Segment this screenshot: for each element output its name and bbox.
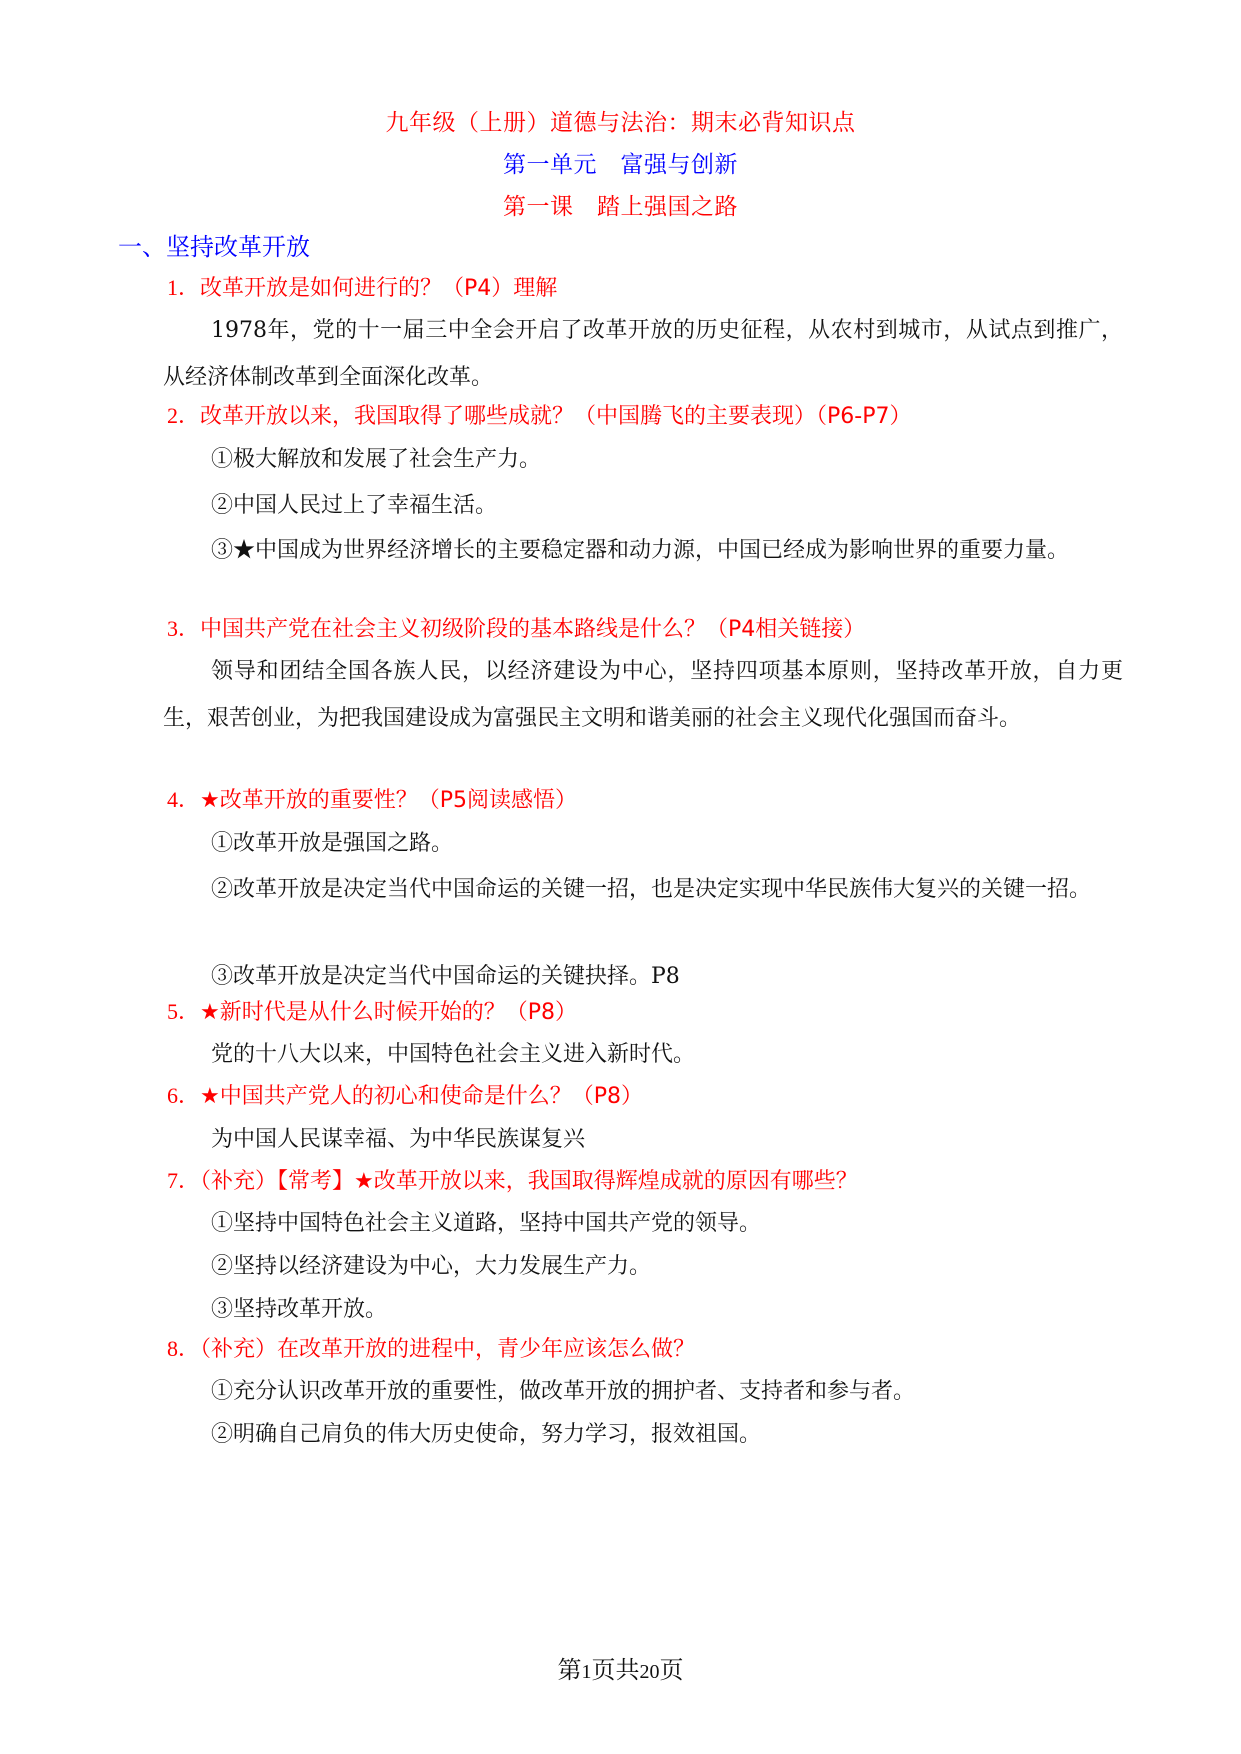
answer-paragraph: ①坚持中国特色社会主义道路，坚持中国共产党的领导。 bbox=[163, 1200, 1123, 1247]
answer-paragraph: ②明确自己肩负的伟大历史使命，努力学习，报效祖国。 bbox=[163, 1411, 1123, 1458]
question-number: 7． bbox=[167, 1168, 200, 1193]
answer-paragraph: ①极大解放和发展了社会生产力。 bbox=[163, 436, 1123, 483]
question-number: 4． bbox=[167, 787, 200, 812]
current-page: 1 bbox=[582, 1661, 592, 1683]
answer-paragraph: ②中国人民过上了幸福生活。 bbox=[163, 482, 1123, 529]
question-5: 5．★新时代是从什么时候开始的？（P8） bbox=[167, 997, 577, 1028]
question-6: 6．★中国共产党人的初心和使命是什么？（P8） bbox=[167, 1081, 643, 1112]
question-number: 8． bbox=[167, 1336, 200, 1361]
answer-paragraph: 领导和团结全国各族人民，以经济建设为中心，坚持四项基本原则，坚持改革开放，自力更… bbox=[163, 648, 1123, 742]
section-heading: 一、坚持改革开放 bbox=[118, 232, 310, 262]
answer-paragraph: ①改革开放是强国之路。 bbox=[163, 820, 1123, 867]
document-page: 九年级（上册）道德与法治：期末必背知识点 第一单元 富强与创新 第一课 踏上强国… bbox=[0, 0, 1241, 1754]
question-4: 4．★改革开放的重要性？（P5阅读感悟） bbox=[167, 785, 577, 816]
answer-paragraph: ③★中国成为世界经济增长的主要稳定器和动力源，中国已经成为影响世界的重要力量。 bbox=[163, 527, 1123, 574]
question-7: 7．（补充）【常考】★改革开放以来，我国取得辉煌成就的原因有哪些？ bbox=[167, 1166, 858, 1197]
total-pages: 20 bbox=[640, 1661, 660, 1683]
answer-paragraph: ③改革开放是决定当代中国命运的关键抉择。P8 bbox=[163, 953, 1123, 1000]
answer-paragraph: 1978年，党的十一届三中全会开启了改革开放的历史征程，从农村到城市，从试点到推… bbox=[163, 307, 1123, 401]
answer-paragraph: 为中国人民谋幸福、为中华民族谋复兴 bbox=[163, 1116, 1123, 1163]
question-3: 3．中国共产党在社会主义初级阶段的基本路线是什么？（P4相关链接） bbox=[167, 614, 865, 645]
document-title: 九年级（上册）道德与法治：期末必背知识点 bbox=[0, 108, 1241, 138]
question-number: 1． bbox=[167, 275, 200, 300]
question-1: 1．改革开放是如何进行的？（P4）理解 bbox=[167, 273, 557, 304]
question-text: ★中国共产党人的初心和使命是什么？（P8） bbox=[200, 1084, 643, 1109]
question-number: 6． bbox=[167, 1083, 200, 1108]
question-text: 改革开放是如何进行的？（P4）理解 bbox=[200, 276, 557, 301]
question-text: 中国共产党在社会主义初级阶段的基本路线是什么？（P4相关链接） bbox=[200, 617, 865, 642]
unit-heading: 第一单元 富强与创新 bbox=[0, 150, 1241, 180]
answer-paragraph: ②改革开放是决定当代中国命运的关键一招，也是决定实现中华民族伟大复兴的关键一招。 bbox=[163, 866, 1123, 913]
page-footer: 第1页共20页 bbox=[0, 1655, 1241, 1687]
question-text: ★新时代是从什么时候开始的？（P8） bbox=[200, 1000, 577, 1025]
answer-paragraph: 党的十八大以来，中国特色社会主义进入新时代。 bbox=[163, 1031, 1123, 1078]
question-8: 8．（补充）在改革开放的进程中，青少年应该怎么做？ bbox=[167, 1334, 695, 1365]
question-text: （补充）在改革开放的进程中，青少年应该怎么做？ bbox=[200, 1337, 695, 1362]
lesson-heading: 第一课 踏上强国之路 bbox=[0, 192, 1241, 222]
question-number: 2． bbox=[167, 403, 200, 428]
question-text: 改革开放以来，我国取得了哪些成就？（中国腾飞的主要表现）（P6-P7） bbox=[200, 404, 911, 429]
question-text: （补充）【常考】★改革开放以来，我国取得辉煌成就的原因有哪些？ bbox=[200, 1169, 858, 1194]
question-number: 5． bbox=[167, 999, 200, 1024]
question-text: ★改革开放的重要性？（P5阅读感悟） bbox=[200, 788, 577, 813]
answer-paragraph: ③坚持改革开放。 bbox=[163, 1286, 1123, 1333]
question-number: 3． bbox=[167, 616, 200, 641]
answer-paragraph: ②坚持以经济建设为中心，大力发展生产力。 bbox=[163, 1243, 1123, 1290]
question-2: 2．改革开放以来，我国取得了哪些成就？（中国腾飞的主要表现）（P6-P7） bbox=[167, 401, 911, 432]
answer-paragraph: ①充分认识改革开放的重要性，做改革开放的拥护者、支持者和参与者。 bbox=[163, 1368, 1123, 1415]
